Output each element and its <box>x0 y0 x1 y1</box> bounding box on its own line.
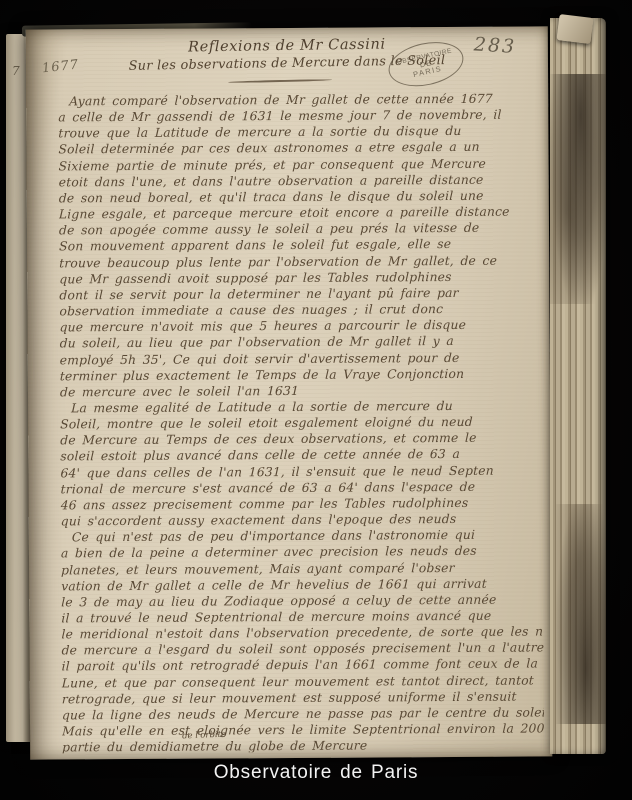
manuscript-photo: 7 1677 283 Reflexions de Mr Cassini Sur … <box>0 0 632 800</box>
title-block: Reflexions de Mr Cassini Sur les observa… <box>26 36 548 72</box>
fore-edge-corner <box>557 14 594 44</box>
fore-edge-pages <box>550 18 606 754</box>
interline-insertion: de l'orbite <box>182 730 226 742</box>
manuscript-text: Ayant comparé l'observation de Mr gallet… <box>58 90 544 753</box>
book: 7 1677 283 Reflexions de Mr Cassini Sur … <box>6 12 602 754</box>
title-underline <box>228 79 332 83</box>
manuscript-line: partie du demidiametre du globe de Mercu… <box>62 737 544 754</box>
fore-edge-wear-bottom <box>556 504 606 724</box>
archive-caption: Observatoire de Paris <box>0 762 632 784</box>
verso-page-fragment: 7 <box>12 64 20 78</box>
manuscript-page: 1677 283 Reflexions de Mr Cassini Sur le… <box>26 26 552 759</box>
fore-edge-wear-top <box>550 74 606 304</box>
stamp-text-bottom: PARIS <box>412 64 442 78</box>
